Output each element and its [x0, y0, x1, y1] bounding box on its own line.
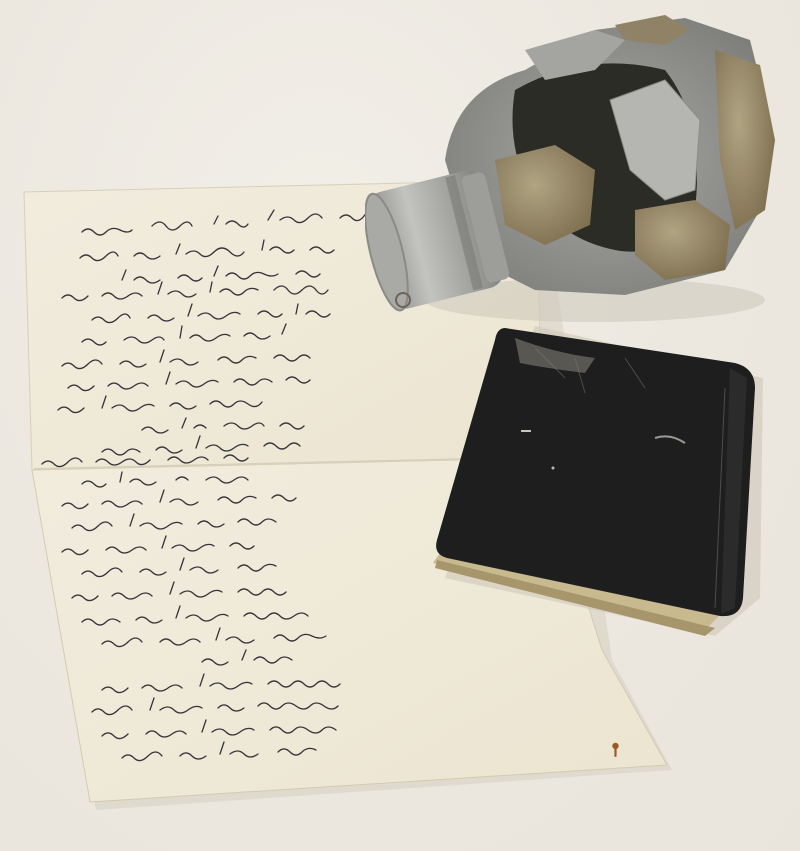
- photo-scene: Museum artifact photograph: handwritten …: [0, 0, 800, 851]
- gas-mask: [365, 10, 785, 330]
- black-notebook: [425, 318, 770, 648]
- rust-stain: [612, 742, 619, 758]
- notebook-drawing: [425, 318, 770, 648]
- gas-mask-drawing: [365, 10, 785, 330]
